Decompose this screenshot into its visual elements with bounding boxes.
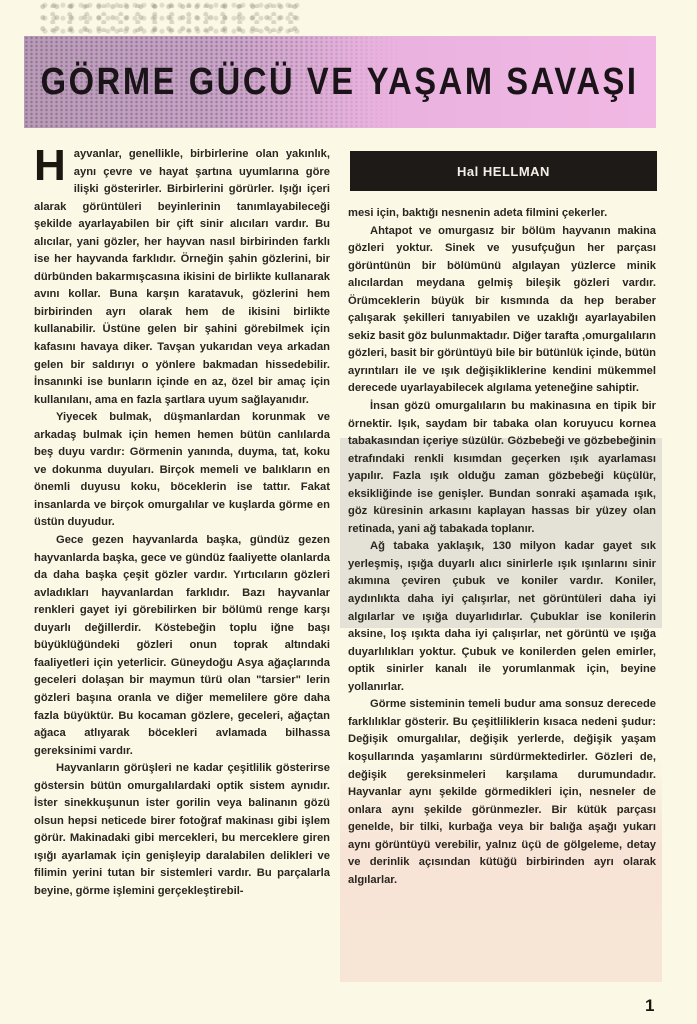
paragraph: Ağ tabaka yaklaşık, 130 milyon kadar gay… — [348, 538, 656, 696]
paragraph: Hayvanlar, genellikle, birbirlerine olan… — [34, 146, 330, 409]
right-column: mesi için, baktığı nesnenin adeta filmin… — [348, 205, 656, 889]
paragraph: Ahtapot ve omurgasız bir bölüm hayvanın … — [348, 223, 656, 398]
author-name: Hal HELLMAN — [457, 164, 550, 179]
left-column: Hayvanlar, genellikle, birbirlerine olan… — [34, 146, 330, 901]
paragraph: Yiyecek bulmak, düşmanlardan korunmak ve… — [34, 409, 330, 532]
paragraph: Görme sisteminin temeli budur ama sonsuz… — [348, 696, 656, 889]
page-number: 1 — [645, 996, 654, 1016]
author-byline: Hal HELLMAN — [350, 151, 657, 191]
print-speckle-texture — [40, 0, 300, 36]
title-banner: GÖRME GÜCÜ VE YAŞAM SAVAŞI — [24, 36, 656, 128]
article-title: GÖRME GÜCÜ VE YAŞAM SAVAŞI — [41, 61, 639, 104]
paragraph: mesi için, baktığı nesnenin adeta filmin… — [348, 205, 656, 223]
paragraph-text: ayvanlar, genellikle, birbirlerine olan … — [34, 148, 330, 406]
paragraph: Hayvanların görüşleri ne kadar çeşitlili… — [34, 760, 330, 900]
drop-cap: H — [34, 148, 66, 184]
paragraph: İnsan gözü omurgalıların bu makinasına e… — [348, 398, 656, 538]
paragraph: Gece gezen hayvanlarda başka, gündüz gez… — [34, 532, 330, 760]
